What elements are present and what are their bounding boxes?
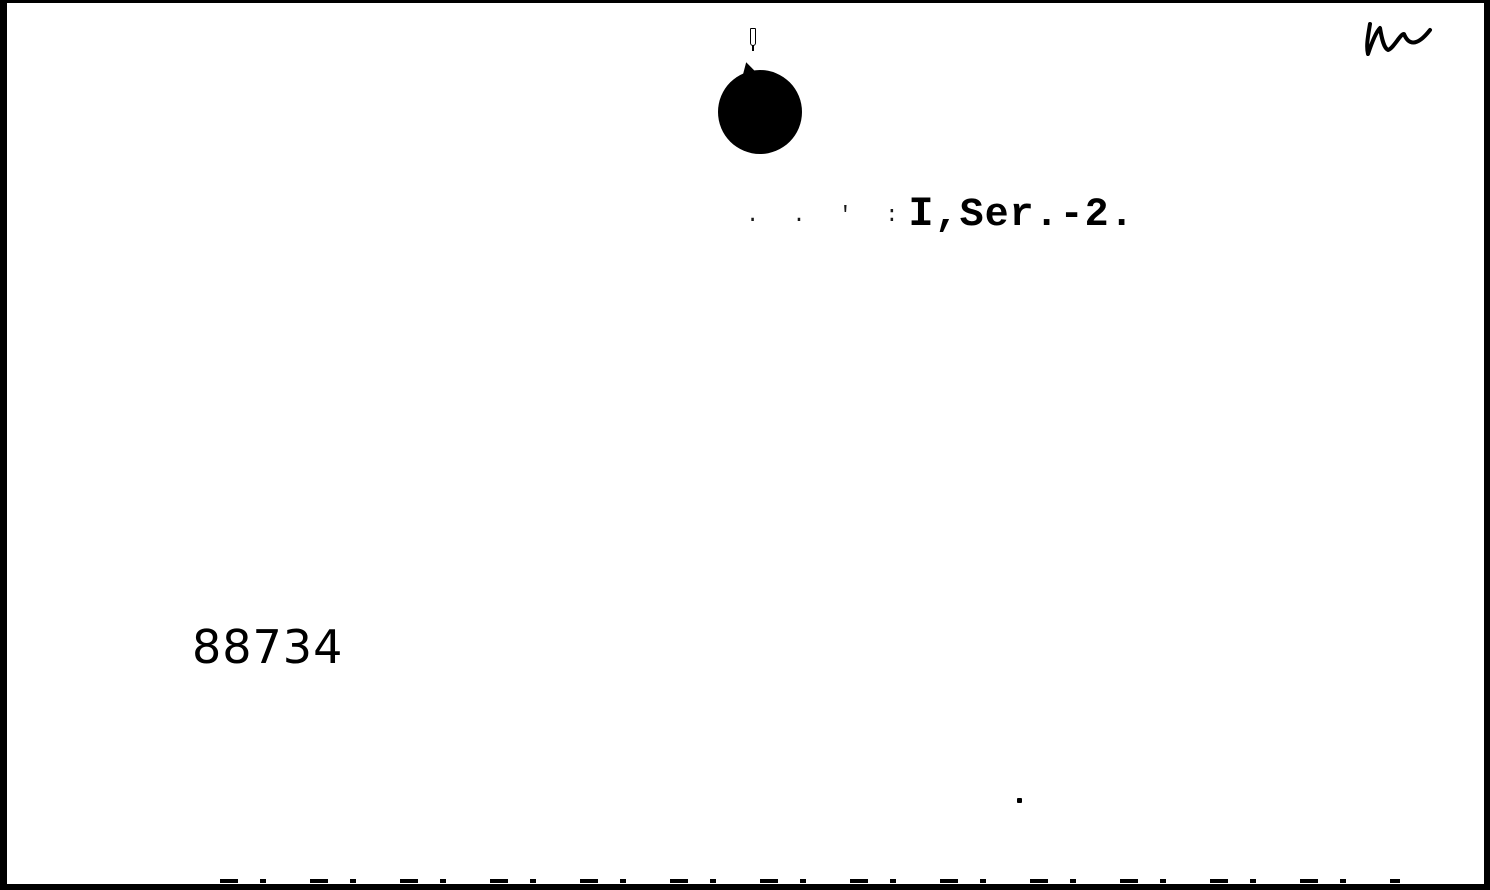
ink-speck <box>1017 798 1022 803</box>
series-separator: , <box>935 193 960 238</box>
handwritten-initial-icon <box>1360 14 1440 64</box>
series-roman-numeral: I <box>908 190 934 238</box>
pin-mark-icon <box>750 28 756 46</box>
scan-border-left <box>0 0 7 890</box>
scan-edge-noise <box>220 879 1400 883</box>
scan-border-right <box>1484 0 1490 890</box>
punch-hole-icon <box>718 70 802 154</box>
series-label: Ser.-2. <box>960 193 1135 238</box>
scan-border-bottom <box>0 884 1490 890</box>
series-prefix-faded: . . ' : <box>746 203 908 228</box>
series-designation: . . ' :I,Ser.-2. <box>746 190 1135 238</box>
accession-number: 88734 <box>192 620 343 674</box>
